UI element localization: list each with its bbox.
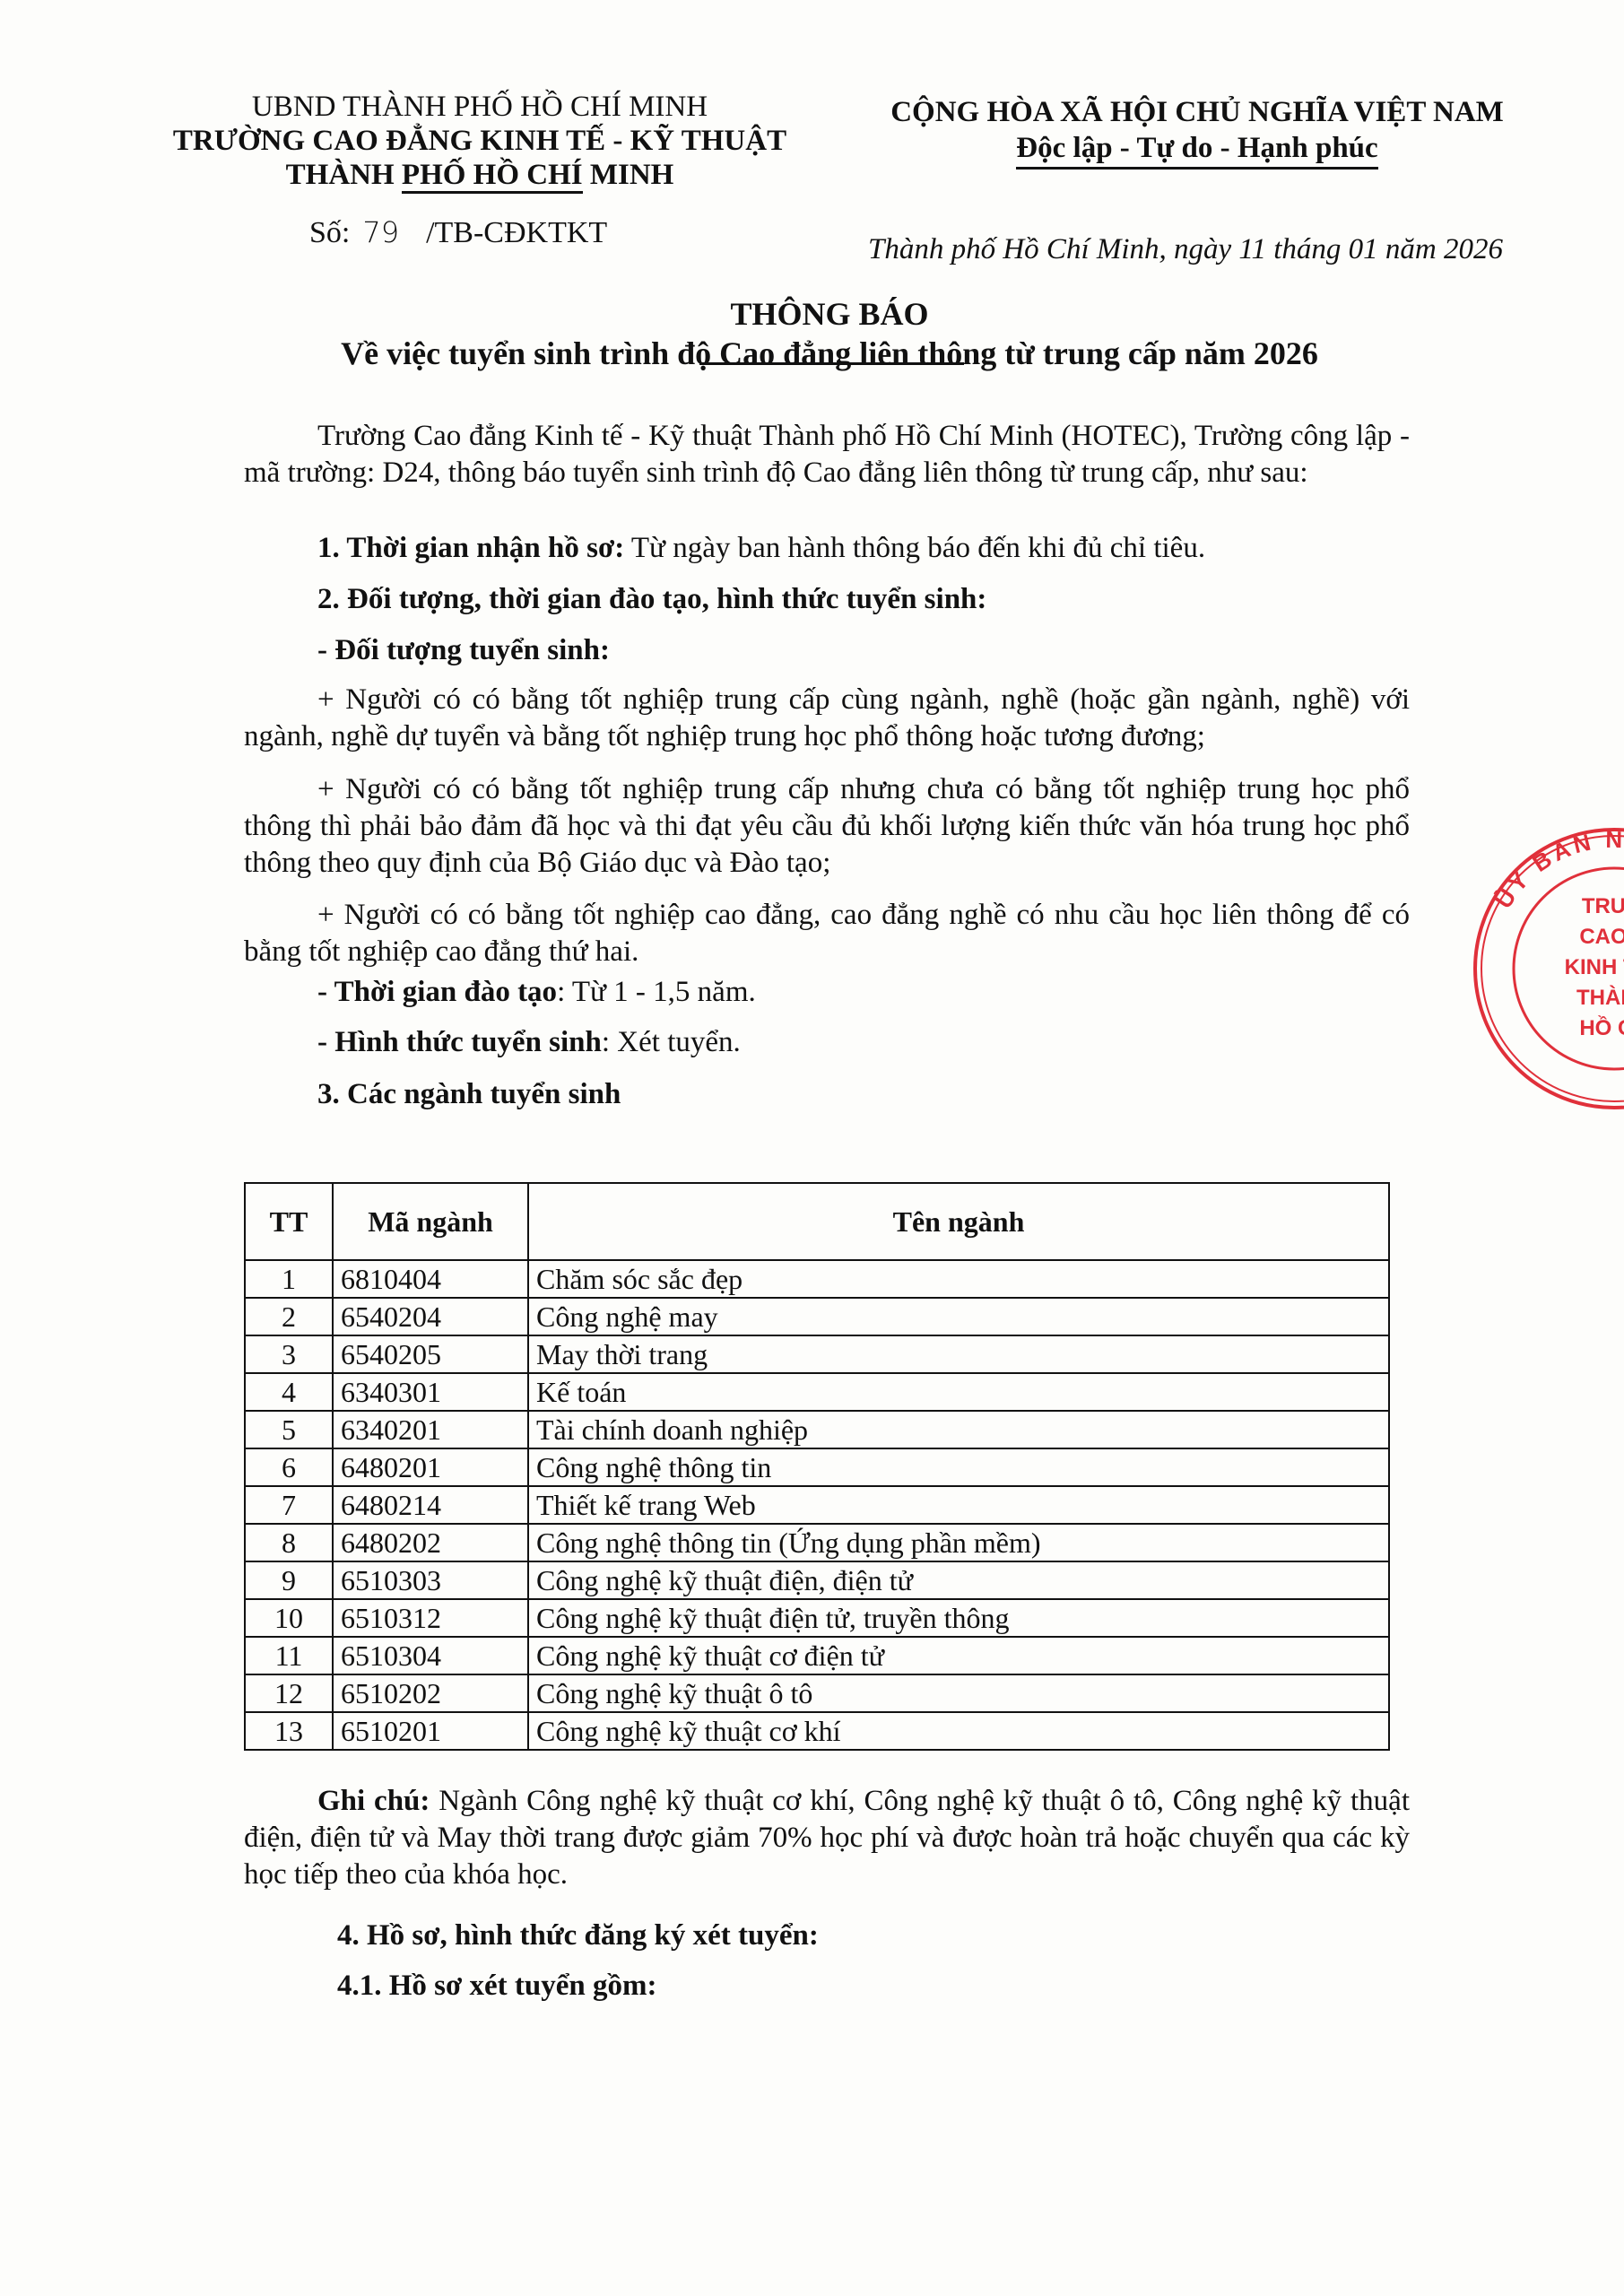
handwritten-number: 79 [362,215,399,249]
row-name: Công nghệ kỹ thuật cơ khí [528,1712,1389,1750]
table-row: 16810404Chăm sóc sắc đẹp [245,1260,1389,1298]
table-row: 96510303Công nghệ kỹ thuật điện, điện tử [245,1561,1389,1599]
row-name: Công nghệ kỹ thuật ô tô [528,1674,1389,1712]
duration-line: - Thời gian đào tạo: Từ 1 - 1,5 năm. [317,976,756,1009]
row-code: 6340201 [333,1411,528,1448]
target-heading: - Đối tượng tuyển sinh: [317,634,610,667]
row-code: 6540205 [333,1335,528,1373]
section-2-heading: 2. Đối tượng, thời gian đào tạo, hình th… [317,583,986,616]
row-tt: 11 [245,1637,333,1674]
header-code: Mã ngành [333,1183,528,1260]
table-row: 66480201Công nghệ thông tin [245,1448,1389,1486]
table-header-row: TT Mã ngành Tên ngành [245,1183,1389,1260]
row-code: 6480202 [333,1524,528,1561]
issuer-name: TRƯỜNG CAO ĐẲNG KINH TẾ - KỸ THUẬT [152,124,807,158]
row-tt: 5 [245,1411,333,1448]
row-code: 6480214 [333,1486,528,1524]
target-bullet-1: + Người có có bằng tốt nghiệp trung cấp … [244,682,1410,755]
row-name: Công nghệ kỹ thuật cơ điện tử [528,1637,1389,1674]
table-row: 46340301Kế toán [245,1373,1389,1411]
row-code: 6480201 [333,1448,528,1486]
table-row: 116510304Công nghệ kỹ thuật cơ điện tử [245,1637,1389,1674]
header-name: Tên ngành [528,1183,1389,1260]
row-name: Kế toán [528,1373,1389,1411]
row-code: 6510202 [333,1674,528,1712]
title-subtitle: Về việc tuyển sinh trình độ Cao đẳng liê… [224,334,1435,373]
issuer-parent-agency: UBND THÀNH PHỐ HỒ CHÍ MINH [152,90,807,124]
row-tt: 8 [245,1524,333,1561]
seal-icon: ỦY BAN NHÂN DÂN THÀNH TRƯỜCAO ĐKINH TẾ -… [1471,825,1624,1112]
national-title: CỘNG HÒA XÃ HỘI CHỦ NGHĨA VIỆT NAM [861,94,1533,130]
method-line: - Hình thức tuyển sinh: Xét tuyển. [317,1026,741,1059]
row-code: 6510303 [333,1561,528,1599]
row-tt: 6 [245,1448,333,1486]
row-tt: 1 [245,1260,333,1298]
document-title: THÔNG BÁO Về việc tuyển sinh trình độ Ca… [224,294,1435,373]
table-row: 86480202Công nghệ thông tin (Ứng dụng ph… [245,1524,1389,1561]
row-name: Thiết kế trang Web [528,1486,1389,1524]
row-tt: 4 [245,1373,333,1411]
row-name: Công nghệ kỹ thuật điện tử, truyền thông [528,1599,1389,1637]
row-code: 6540204 [333,1298,528,1335]
issue-date: Thành phố Hồ Chí Minh, ngày 11 tháng 01 … [868,233,1503,266]
national-header: CỘNG HÒA XÃ HỘI CHỦ NGHĨA VIỆT NAM Độc l… [861,94,1533,166]
row-tt: 9 [245,1561,333,1599]
row-tt: 7 [245,1486,333,1524]
official-seal-stamp: ỦY BAN NHÂN DÂN THÀNH TRƯỜCAO ĐKINH TẾ -… [1471,825,1624,1112]
svg-text:HỒ CH: HỒ CH [1579,1015,1624,1040]
issuer-city: THÀNH PHỐ HỒ CHÍ MINH [152,158,807,192]
section-4-1-heading: 4.1. Hồ sơ xét tuyển gồm: [337,1970,657,2003]
row-name: Công nghệ thông tin [528,1448,1389,1486]
svg-text:THÀNH: THÀNH [1576,985,1624,1010]
table-row: 136510201Công nghệ kỹ thuật cơ khí [245,1712,1389,1750]
document-number: Số:79/TB-CĐKTKT [309,215,607,250]
section-4-heading: 4. Hồ sơ, hình thức đăng ký xét tuyển: [337,1919,819,1952]
row-tt: 13 [245,1712,333,1750]
table-row: 106510312Công nghệ kỹ thuật điện tử, tru… [245,1599,1389,1637]
issuer-header: UBND THÀNH PHỐ HỒ CHÍ MINH TRƯỜNG CAO ĐẲ… [152,90,807,192]
row-code: 6510201 [333,1712,528,1750]
row-code: 6340301 [333,1373,528,1411]
svg-text:CAO Đ: CAO Đ [1579,925,1624,949]
row-tt: 10 [245,1599,333,1637]
table-row: 126510202Công nghệ kỹ thuật ô tô [245,1674,1389,1712]
row-code: 6510312 [333,1599,528,1637]
table-row: 76480214Thiết kế trang Web [245,1486,1389,1524]
table-row: 36540205May thời trang [245,1335,1389,1373]
row-code: 6510304 [333,1637,528,1674]
row-name: Công nghệ kỹ thuật điện, điện tử [528,1561,1389,1599]
note-paragraph: Ghi chú: Ngành Công nghệ kỹ thuật cơ khí… [244,1783,1410,1893]
row-name: Công nghệ thông tin (Ứng dụng phần mềm) [528,1524,1389,1561]
table-row: 26540204Công nghệ may [245,1298,1389,1335]
row-code: 6810404 [333,1260,528,1298]
header-tt: TT [245,1183,333,1260]
row-name: May thời trang [528,1335,1389,1373]
section-3-heading: 3. Các ngành tuyển sinh [317,1078,621,1111]
row-name: Công nghệ may [528,1298,1389,1335]
row-name: Tài chính doanh nghiệp [528,1411,1389,1448]
majors-table: TT Mã ngành Tên ngành 16810404Chăm sóc s… [244,1182,1390,1751]
svg-text:TRƯỜ: TRƯỜ [1582,893,1624,918]
intro-paragraph: Trường Cao đẳng Kinh tế - Kỹ thuật Thành… [244,418,1410,491]
title-main: THÔNG BÁO [224,294,1435,334]
row-name: Chăm sóc sắc đẹp [528,1260,1389,1298]
target-bullet-2: + Người có có bằng tốt nghiệp trung cấp … [244,771,1410,882]
target-bullet-3: + Người có có bằng tốt nghiệp cao đẳng, … [244,897,1410,970]
title-underline [699,362,964,365]
row-tt: 2 [245,1298,333,1335]
section-1: 1. Thời gian nhận hồ sơ: Từ ngày ban hàn… [317,532,1205,565]
national-motto: Độc lập - Tự do - Hạnh phúc [861,130,1533,166]
table-row: 56340201Tài chính doanh nghiệp [245,1411,1389,1448]
svg-text:KINH TẾ -: KINH TẾ - [1565,954,1624,979]
row-tt: 12 [245,1674,333,1712]
row-tt: 3 [245,1335,333,1373]
